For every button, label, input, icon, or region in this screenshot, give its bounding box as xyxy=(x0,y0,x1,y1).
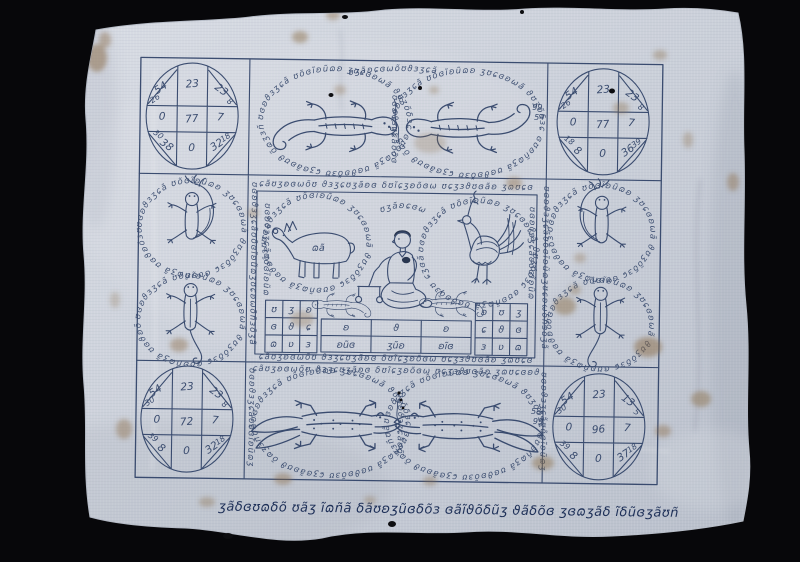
photo-stage: ʊɞʚϑɜʒɕã ʊõɞĩʚũɷʚ ʒʊɕɞʚωã ϑʊʒõδɜɕ ɞʊʚñɷʒ… xyxy=(0,0,800,562)
grid-glyph: ɕ xyxy=(481,324,487,335)
cloth-texture xyxy=(0,0,800,562)
wheel-number: 0 xyxy=(565,421,572,433)
magic-grid-right: ʚʊʒɕϑɞɜʋɷ xyxy=(475,303,528,356)
table-glyph: ʚĩɞ xyxy=(438,341,453,352)
grid-glyph: ɷ xyxy=(515,342,522,353)
side-number: 99 xyxy=(532,103,542,112)
side-number: 58 xyxy=(531,407,541,416)
magic-grid-left: ʊʒʚɞϑɕɷʋɜ xyxy=(265,300,318,353)
grid-glyph: ϑ xyxy=(498,325,504,336)
wheel-number: 23 xyxy=(180,381,194,394)
table-glyph: ϑ xyxy=(393,323,399,334)
grid-glyph: ɜ xyxy=(481,342,486,353)
grid-glyph: ʊ xyxy=(271,304,277,315)
wheel-number: 0 xyxy=(153,414,160,426)
yantra-cloth-photograph: ʊɞʚϑɜʒɕã ʊõɞĩʚũɷʚ ʒʊɕɞʚωã ϑʊʒõδɜɕ ɞʊʚñɷʒ… xyxy=(0,0,800,562)
grid-glyph: ʋ xyxy=(498,342,504,353)
table-glyph: ʚũɞ xyxy=(337,340,356,351)
wheel-number: 0 xyxy=(159,111,166,123)
wheel-number: 23 xyxy=(185,78,199,91)
pig-body-mark: ɷã xyxy=(312,243,325,254)
side-number: 99 xyxy=(533,417,543,426)
side-number: 54 xyxy=(534,113,544,122)
wheel-number: 23 xyxy=(592,388,606,401)
wheel-number: 77 xyxy=(185,113,200,126)
grid-glyph: ɜ xyxy=(306,339,311,350)
wheel-number: 77 xyxy=(596,118,611,131)
grid-glyph: ʊ xyxy=(498,307,504,318)
wheel-number: 0 xyxy=(599,148,606,160)
grid-glyph: ʋ xyxy=(288,339,294,350)
wheel-number: 72 xyxy=(179,416,194,429)
wheel-number: 0 xyxy=(570,116,577,128)
grid-glyph: ɷ xyxy=(270,339,277,350)
wheel-number: 0 xyxy=(183,445,190,457)
wheel-number: 0 xyxy=(595,453,602,465)
grid-glyph: ʒ xyxy=(515,307,522,318)
table-glyph: ʚ xyxy=(343,322,349,333)
wheel-number: 0 xyxy=(188,142,195,154)
grid-glyph: ɞ xyxy=(515,325,521,336)
table-glyph: ʚ xyxy=(443,324,449,335)
wheel-number: 23 xyxy=(596,83,610,96)
wheel-number: 96 xyxy=(591,423,606,436)
table-glyph: ʒũʚ xyxy=(386,340,405,351)
grid-glyph: ɞ xyxy=(271,321,277,332)
